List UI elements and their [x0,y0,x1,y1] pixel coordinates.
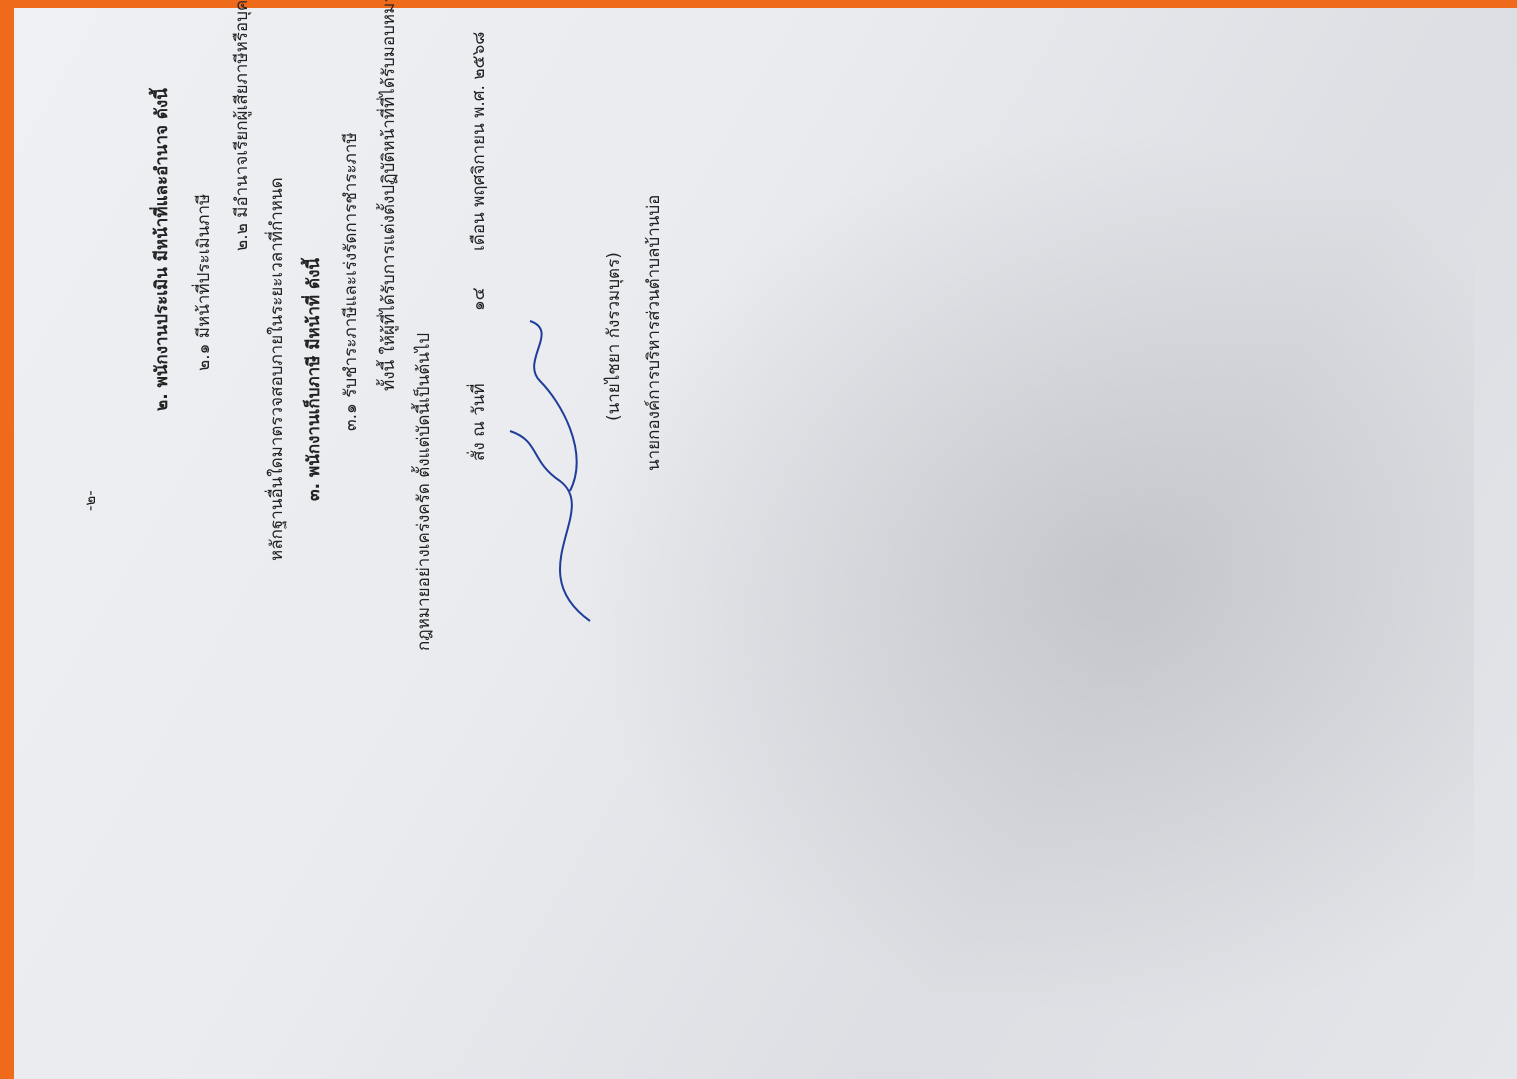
rotated-document: -๒- ๒. พนักงานประเมิน มีหน้าที่และอำนาจ … [0,0,1503,1071]
item-2-2-cont: หลักฐานอื่นใดมาตรวจสอบภายในระยะเวลาที่กำ… [263,177,290,561]
section-2-heading: ๒. พนักงานประเมิน มีหน้าที่และอำนาจ ดังน… [148,88,175,411]
signature [500,311,610,631]
signer-title: นายกองค์การบริหารส่วนตำบลบ้านบ่อ [640,195,667,471]
closing-2: กฎหมายอย่างเคร่งครัด ตั้งแต่บัดนี้เป็นต้… [410,333,437,651]
date-day: ๑๔ [465,287,492,311]
section-3-heading: ๓. พนักงานเก็บภาษี มีหน้าที่ ดังนี้ [300,258,327,501]
signer-name: (นายไชยา กังรวมบุตร) [600,252,627,421]
date-prefix: สั่ง ณ วันที่ [465,383,492,461]
page-number: -๒- [78,490,102,511]
closing-1: ทั้งนี้ ให้ผู้ที่ได้รับการแต่งตั้งปฏิบัต… [375,0,402,391]
date-month-year: เดือน พฤศจิกายน พ.ศ. ๒๕๖๘ [465,32,492,251]
item-2-1: ๒.๑ มีหน้าที่ประเมินภาษี [190,194,217,371]
item-3-1: ๓.๑ รับชำระภาษีและเร่งรัดการชำระภาษี [337,132,364,431]
item-2-2: ๒.๒ มีอำนาจเรียกผู้เสียภาษีหรือบุคคลที่เ… [228,0,255,251]
